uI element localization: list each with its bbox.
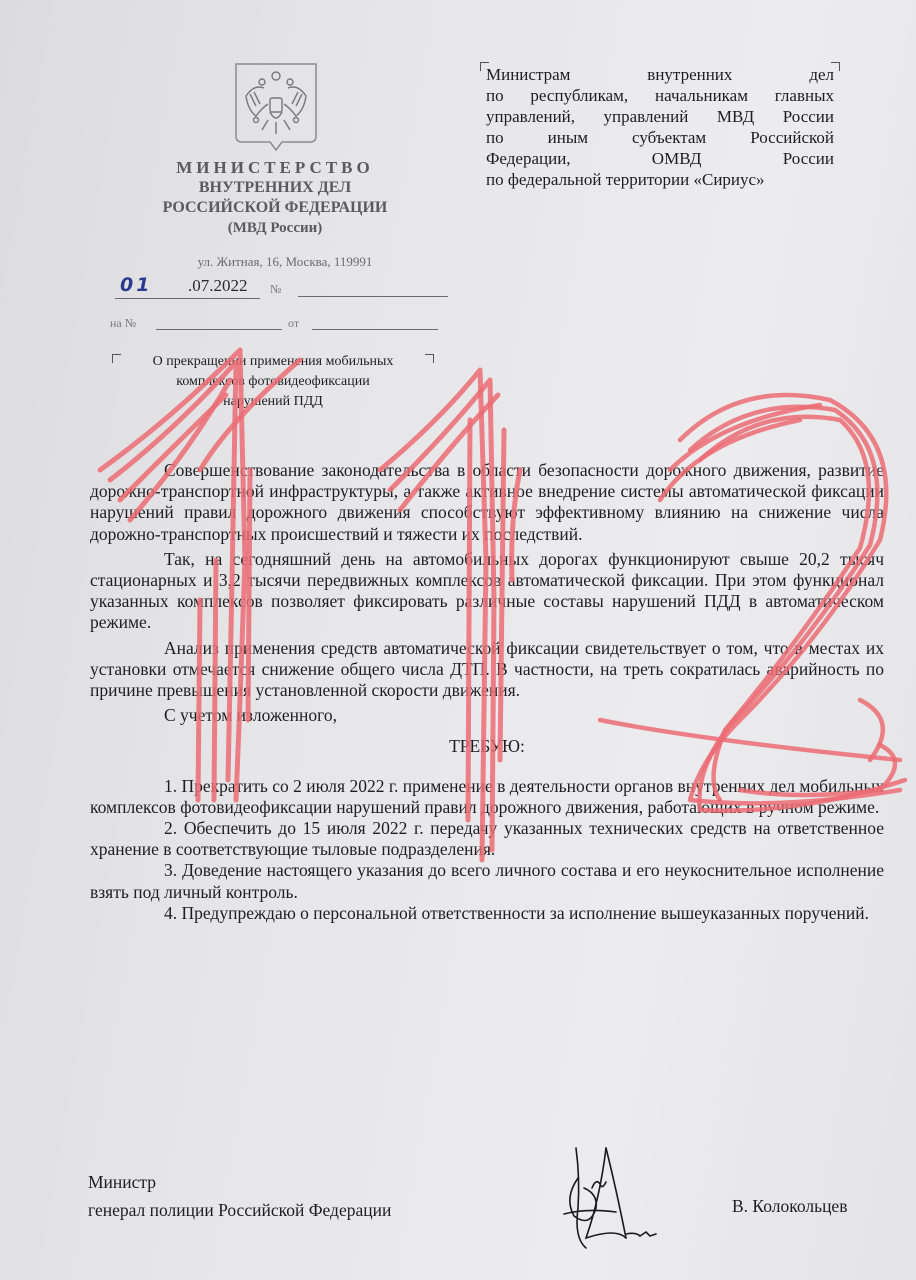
reference-number-line: [156, 329, 282, 330]
body-paragraph: Анализ применения средств автоматической…: [90, 638, 884, 702]
date-underline: [115, 298, 260, 299]
subject-line: О прекращении применения мобильных: [112, 352, 434, 372]
number-label: №: [270, 282, 281, 297]
subject-line: нарушений ПДД: [112, 392, 434, 412]
date-row: 01 .07.2022 №: [110, 274, 450, 302]
number-field-line: [298, 296, 448, 297]
coat-of-arms-icon: [234, 62, 318, 154]
body-paragraph: Совершенствование законодательства в обл…: [90, 460, 884, 545]
corner-mark: [112, 354, 121, 363]
document-subject: О прекращении применения мобильных компл…: [112, 352, 434, 412]
subject-line: комплексов фотовидеофиксации: [112, 372, 434, 392]
body-paragraph: Так, на сегодняшний день на автомобильны…: [90, 549, 884, 634]
signatory-title-line: Министр: [88, 1168, 391, 1196]
ministry-name: МИНИСТЕРСТВО ВНУТРЕННИХ ДЕЛ РОССИЙСКОЙ Ф…: [140, 158, 410, 238]
addressee-line: по республикам, начальникам главных: [486, 85, 834, 106]
date-month-year: .07.2022: [188, 276, 248, 296]
signatory-title: Министр генерал полиции Российской Федер…: [88, 1168, 391, 1224]
body-paragraph: С учетом изложенного,: [90, 705, 884, 726]
org-line-3: РОССИЙСКОЙ ФЕДЕРАЦИИ: [140, 198, 410, 218]
demand-heading: ТРЕБУЮ:: [90, 736, 884, 757]
demand-item: 4. Предупреждаю о персональной ответстве…: [90, 903, 884, 924]
addressee-line: управлений, управлений МВД России: [486, 106, 834, 127]
demand-item: 1. Прекратить со 2 июля 2022 г. применен…: [90, 776, 884, 818]
addressee-block: Министрам внутренних дел по республикам,…: [486, 64, 834, 190]
addressee-line: по федеральной территории «Сириус»: [486, 169, 834, 190]
signature-icon: [556, 1138, 696, 1258]
org-line-1: МИНИСТЕРСТВО: [140, 158, 410, 178]
corner-mark: [425, 354, 434, 363]
reference-date-label: от: [288, 316, 299, 331]
corner-mark: [831, 62, 840, 71]
corner-mark: [480, 62, 489, 71]
demand-item: 3. Доведение настоящего указания до всег…: [90, 860, 884, 902]
signatory-title-line: генерал полиции Российской Федерации: [88, 1196, 391, 1224]
document-body: Совершенствование законодательства в обл…: [90, 460, 884, 924]
org-line-2: ВНУТРЕННИХ ДЕЛ: [140, 178, 410, 198]
addressee-line: Федерации, ОМВД России: [486, 148, 834, 169]
org-line-4: (МВД России): [140, 218, 410, 238]
addressee-line: по иным субъектам Российской: [486, 127, 834, 148]
date-day-handwritten: 01: [120, 274, 152, 296]
reference-row: на № от: [110, 312, 450, 336]
ministry-address: ул. Житная, 16, Москва, 119991: [110, 254, 460, 270]
demand-item: 2. Обеспечить до 15 июля 2022 г. передач…: [90, 818, 884, 860]
reference-number-label: на №: [110, 316, 136, 331]
reference-date-line: [312, 329, 438, 330]
signatory-name: В. Колокольцев: [732, 1196, 847, 1217]
addressee-line: Министрам внутренних дел: [486, 64, 834, 85]
